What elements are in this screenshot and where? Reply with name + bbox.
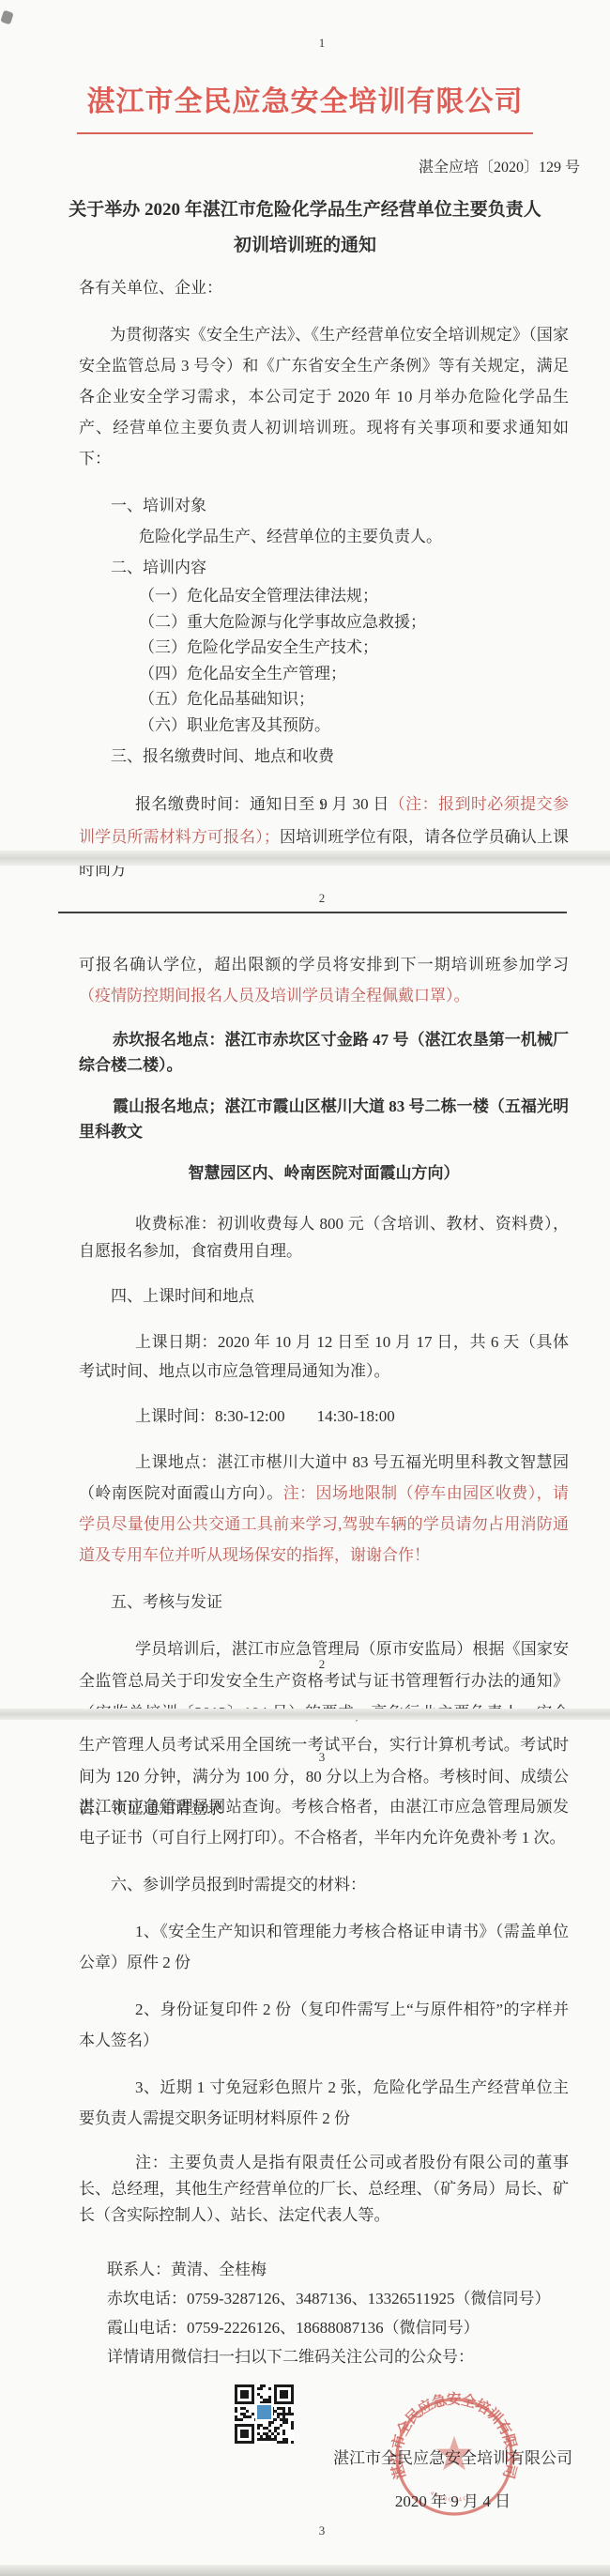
notice-title-line2: 初训培训班的通知 (0, 228, 610, 264)
covid-red-note: （疫情防控期间报名人员及培训学员请全程佩戴口罩）。 (79, 987, 470, 1004)
contact-person: 联系人：黄清、全桂梅 (79, 2255, 569, 2284)
scan-edge-line (58, 912, 567, 913)
page1-number-bottom: 1 (17, 798, 610, 813)
page-3: 3 湛江市应急管理局网站查询。考核合格者，由湛江市应急管理局颁发电子证书（可自行… (0, 1720, 610, 2565)
letterhead-company-title: 湛江市全民应急安全培训有限公司 (0, 84, 610, 120)
class-date-paragraph: 上课日期：2020 年 10 月 12 日至 10 月 17 日，共 6 天（具… (79, 1327, 569, 1386)
list-item: （六）职业危害及其预防。 (79, 713, 569, 739)
exam-paragraph-continued: 湛江市应急管理局网站查询。考核合格者，由湛江市应急管理局颁发电子证书（可自行上网… (79, 1791, 569, 1853)
page1-number-top: 1 (17, 0, 610, 51)
xiashan-registration-address-line2: 智慧园区内、岭南医院对面霞山方向） (79, 1160, 569, 1186)
page3-number-top: 3 (17, 1720, 610, 1765)
chikan-phone: 赤坎电话：0759-3287126、3487136、13326511925（微信… (79, 2284, 569, 2313)
list-item: （五）危化品基础知识； (79, 686, 569, 713)
signature-block: 湛江市全民应急安全培训有限公司 2020 年 9 月 4 日 (333, 2443, 572, 2518)
xiashan-registration-address-line1: 霞山报名地点；湛江市霞山区椹川大道 83 号二栋一楼（五福光明里科教文 (79, 1094, 569, 1144)
qr-caption: 详情请用微信扫一扫以下二维码关注公司的公众号： (79, 2342, 569, 2371)
section3-heading: 三、报名缴费时间、地点和收费 (79, 741, 569, 772)
page-2: 2 可报名确认学位，超出限额的学员将安排到下一期培训班参加学习（疫情防控期间报名… (0, 866, 610, 1709)
section1-body: 危险化学品生产、经营单位的主要负责人。 (79, 521, 569, 552)
bottom-scan-edge (0, 2565, 610, 2576)
section2-heading: 二、培训内容 (79, 552, 569, 583)
page-separator (0, 1709, 610, 1720)
list-item: （一）危化品安全管理法律法规； (79, 583, 569, 609)
class-place-paragraph: 上课地点：湛江市椹川大道中 83 号五福光明里科教文智慧园（岭南医院对面霞山方向… (79, 1447, 569, 1571)
scanned-notice-document: { "colors": { "letterhead_red": "#dd5b52… (0, 0, 610, 2576)
list-item: （四）危化品安全生产管理； (79, 661, 569, 687)
signature-company: 湛江市全民应急安全培训有限公司 (333, 2443, 572, 2475)
wechat-qr-code (235, 2384, 294, 2444)
material-item-3: 3、近期 1 寸免冠彩色照片 2 张，危险化学品生产经营单位主要负责人需提交职务… (79, 2072, 569, 2134)
salutation: 各有关单位、企业： (79, 272, 569, 303)
class-time-paragraph: 上课时间：8:30-12:00 14:30-18:00 (79, 1402, 569, 1431)
list-item: （二）重大危险源与化学事故应急救援； (79, 609, 569, 636)
section4-heading: 四、上课时间和地点 (79, 1280, 569, 1311)
page1-content: 各有关单位、企业： 为贯彻落实《安全生产法》、《生产经营单位安全培训规定》（国家… (0, 272, 610, 886)
section1-heading: 一、培训对象 (79, 490, 569, 521)
carryover-paragraph: 可报名确认学位，超出限额的学员将安排到下一期培训班参加学习（疫情防控期间报名人员… (79, 949, 569, 1011)
page3-content: 湛江市应急管理局网站查询。考核合格者，由湛江市应急管理局颁发电子证书（可自行上网… (0, 1791, 610, 2444)
intro-paragraph: 为贯彻落实《安全生产法》、《生产经营单位安全培训规定》（国家安全监管总局 3 号… (79, 319, 569, 474)
carryover-text: 可报名确认学位，超出限额的学员将安排到下一期培训班参加学习 (79, 956, 569, 974)
page2-number-bottom: 2 (17, 1657, 610, 1672)
xiashan-phone: 霞山电话：0759-2226126、18688087136（微信同号） (79, 2313, 569, 2342)
list-item: （三）危险化学品安全生产技术； (79, 635, 569, 661)
material-item-2: 2、身份证复印件 2 份（复印件需写上“与原件相符”的字样并本人签名） (79, 1994, 569, 2056)
fee-paragraph: 收费标准：初训收费每人 800 元（含培训、教材、资料费），自愿报名参加，食宿费… (79, 1210, 569, 1265)
section5-heading: 五、考核与发证 (79, 1587, 569, 1618)
material-item-1: 1、《安全生产知识和管理能力考核合格证申请书》（需盖单位公章）原件 2 份 (79, 1916, 569, 1978)
notice-title-line1: 关于举办 2020 年湛江市危险化学品生产经营单位主要负责人 (0, 192, 610, 228)
letterhead-rule (77, 132, 533, 134)
page2-content: 可报名确认学位，超出限额的学员将安排到下一期培训班参加学习（疫情防控期间报名人员… (0, 866, 610, 1825)
training-content-list: （一）危化品安全管理法律法规； （二）重大危险源与化学事故应急救援； （三）危险… (79, 583, 569, 738)
signature-date: 2020 年 9 月 4 日 (333, 2486, 572, 2518)
page-1: 1 湛江市全民应急安全培训有限公司 湛全应培〔2020〕129 号 关于举办 2… (0, 0, 610, 851)
page2-number-top: 2 (17, 891, 610, 906)
document-number: 湛全应培〔2020〕129 号 (0, 158, 610, 178)
page-separator (0, 851, 610, 866)
section6-heading: 六、参训学员报到时需提交的材料： (79, 1869, 569, 1900)
responsible-person-note: 注：主要负责人是指有限责任公司或者股份有限公司的董事长、总经理，其他生产经营单位… (79, 2150, 569, 2229)
chikan-registration-address: 赤坎报名地点：湛江市赤坎区寸金路 47 号（湛江农垦第一机械厂综合楼二楼）。 (79, 1027, 569, 1078)
